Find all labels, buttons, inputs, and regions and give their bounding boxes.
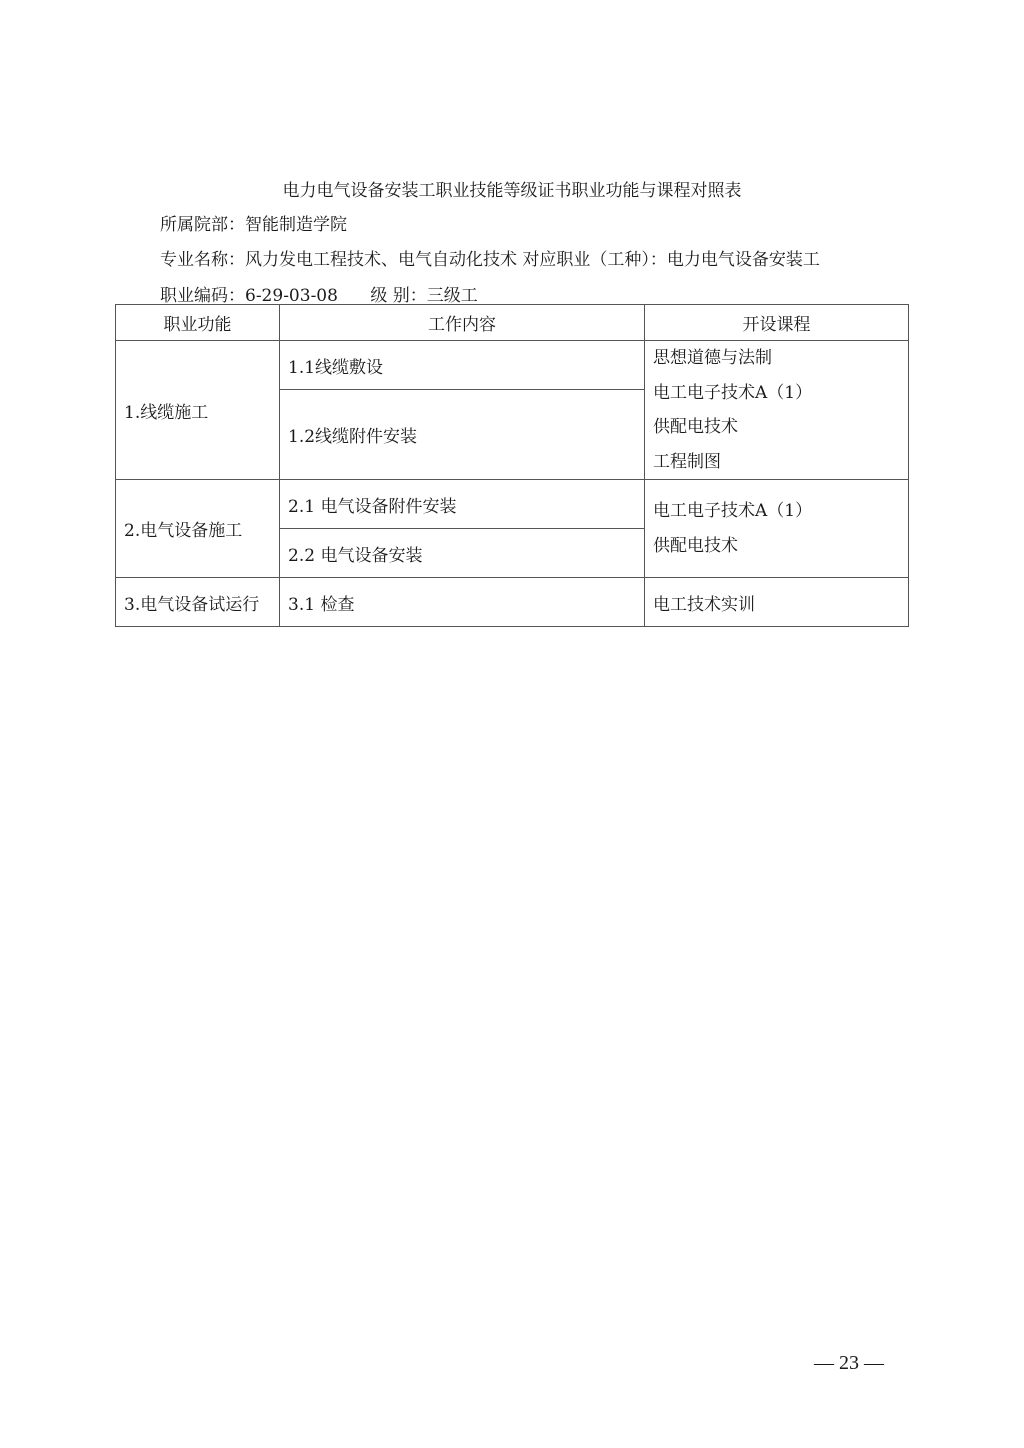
table-row: 2.电气设备施工 2.1 电气设备附件安装 电工电子技术A（1） 供配电技术 xyxy=(116,480,909,529)
major-value: 风力发电工程技术、电气自动化技术 xyxy=(245,250,517,270)
course-item: 工程制图 xyxy=(653,445,900,480)
course-cell: 思想道德与法制 电工电子技术A（1） 供配电技术 工程制图 xyxy=(645,341,909,480)
department-line: 所属院部：智能制造学院 xyxy=(160,210,347,235)
task-cell: 2.1 电气设备附件安装 xyxy=(280,480,645,529)
course-item: 电工电子技术A（1） xyxy=(653,494,900,529)
header-tasks: 工作内容 xyxy=(280,305,645,341)
document-title: 电力电气设备安装工职业技能等级证书职业功能与课程对照表 xyxy=(0,176,1024,201)
course-cell: 电工电子技术A（1） 供配电技术 xyxy=(645,480,909,578)
course-item: 电工电子技术A（1） xyxy=(653,376,900,411)
code-label: 职业编码： xyxy=(160,286,245,306)
department-value: 智能制造学院 xyxy=(245,215,347,235)
page-number: — 23 — xyxy=(814,1352,884,1375)
code-value: 6-29-03-08 xyxy=(245,286,338,306)
course-item: 供配电技术 xyxy=(653,529,900,564)
major-label: 专业名称： xyxy=(160,250,245,270)
table-row: 3.电气设备试运行 3.1 检查 电工技术实训 xyxy=(116,578,909,627)
level-label: 级 别： xyxy=(370,286,426,306)
table-header-row: 职业功能 工作内容 开设课程 xyxy=(116,305,909,341)
task-cell: 1.2线缆附件安装 xyxy=(280,390,645,480)
function-cell: 1.线缆施工 xyxy=(116,341,280,480)
task-cell: 3.1 检查 xyxy=(280,578,645,627)
course-cell: 电工技术实训 xyxy=(645,578,909,627)
table-row: 1.线缆施工 1.1线缆敷设 思想道德与法制 电工电子技术A（1） 供配电技术 … xyxy=(116,341,909,390)
function-cell: 2.电气设备施工 xyxy=(116,480,280,578)
function-cell: 3.电气设备试运行 xyxy=(116,578,280,627)
course-item: 供配电技术 xyxy=(653,410,900,445)
header-courses: 开设课程 xyxy=(645,305,909,341)
task-cell: 1.1线缆敷设 xyxy=(280,341,645,390)
occupation-value: 电力电气设备安装工 xyxy=(667,250,820,270)
occupation-label: 对应职业（工种）： xyxy=(522,250,667,270)
department-label: 所属院部： xyxy=(160,215,245,235)
task-cell: 2.2 电气设备安装 xyxy=(280,529,645,578)
course-item: 思想道德与法制 xyxy=(653,341,900,376)
level-value: 三级工 xyxy=(427,286,478,306)
header-function: 职业功能 xyxy=(116,305,280,341)
major-line: 专业名称：风力发电工程技术、电气自动化技术 对应职业（工种）：电力电气设备安装工 xyxy=(160,245,820,270)
code-line: 职业编码：6-29-03-08 级 别：三级工 xyxy=(160,281,478,306)
function-course-table: 职业功能 工作内容 开设课程 1.线缆施工 1.1线缆敷设 思想道德与法制 电工… xyxy=(115,304,909,627)
